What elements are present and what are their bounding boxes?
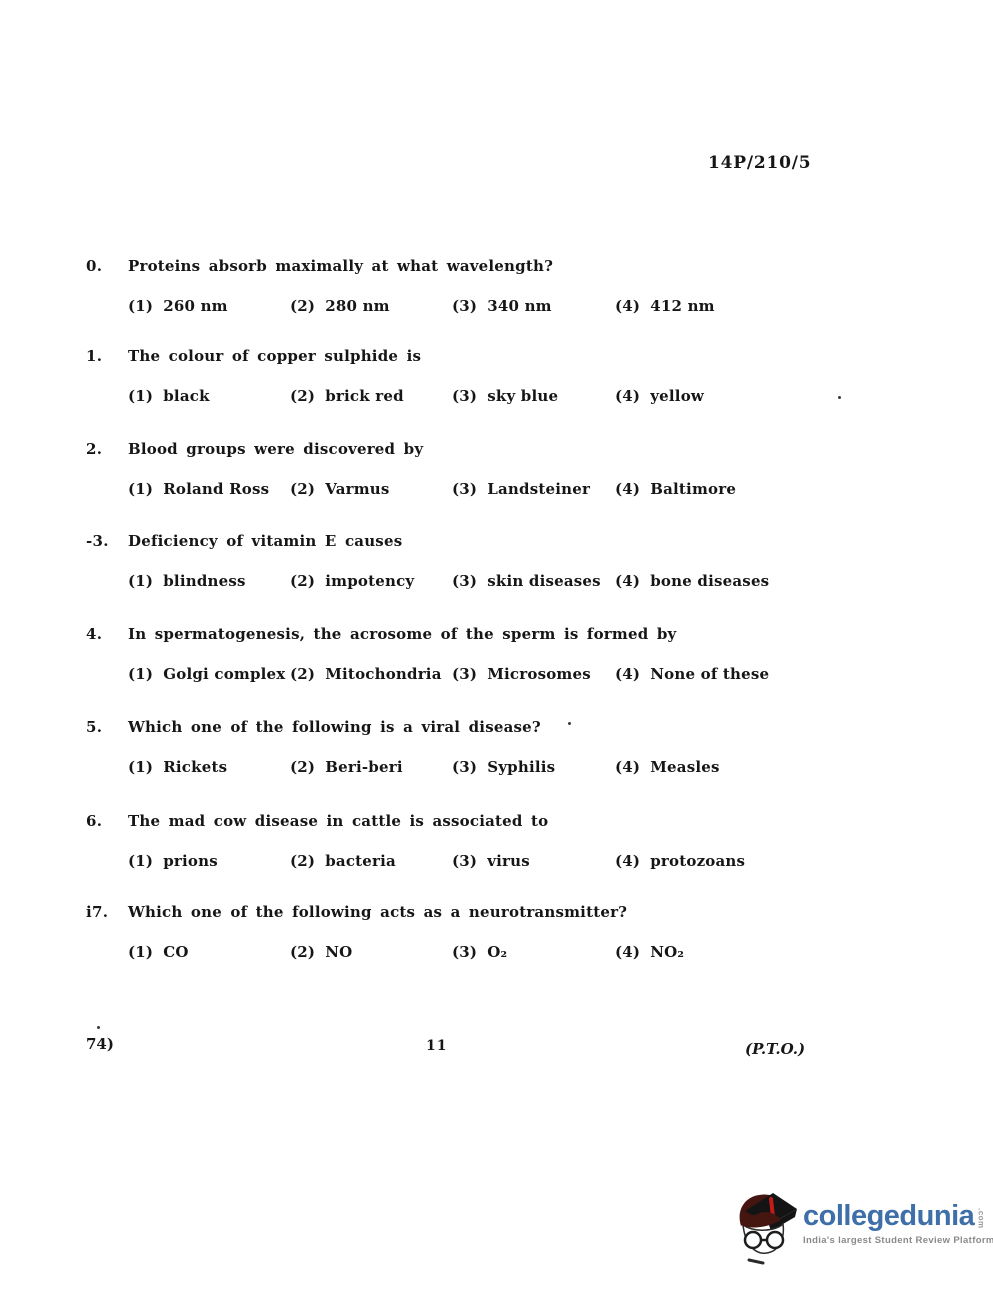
question-text: In spermatogenesis, the acrosome of the … <box>128 625 676 643</box>
option-1: (1)black <box>128 387 210 405</box>
option-label: Golgi complex <box>163 665 285 683</box>
option-marker: (4) <box>615 758 640 776</box>
question-number: 6. <box>86 812 124 830</box>
option-label: Baltimore <box>650 480 736 498</box>
option-1: (1)260 nm <box>128 297 228 315</box>
option-marker: (2) <box>290 758 315 776</box>
option-marker: (4) <box>615 480 640 498</box>
option-label: CO <box>163 943 188 961</box>
option-marker: (1) <box>128 480 153 498</box>
question-number: -3. <box>86 532 124 550</box>
option-label: O₂ <box>487 943 507 961</box>
option-label: 280 nm <box>325 297 390 315</box>
option-1: (1)Roland Ross <box>128 480 269 498</box>
option-label: Landsteiner <box>487 480 590 498</box>
question-block-0: 0. Proteins absorb maximally at what wav… <box>0 257 993 327</box>
footer-continuation-mark: 74) <box>86 1035 114 1053</box>
option-label: 412 nm <box>650 297 715 315</box>
option-label: Syphilis <box>487 758 555 776</box>
option-marker: (4) <box>615 297 640 315</box>
option-3: (3)Microsomes <box>452 665 591 683</box>
option-label: sky blue <box>487 387 558 405</box>
option-label: bacteria <box>325 852 396 870</box>
exam-paper-page: 14P/210/5 0. Proteins absorb maximally a… <box>0 0 993 1303</box>
option-1: (1)blindness <box>128 572 246 590</box>
option-marker: (4) <box>615 665 640 683</box>
option-1: (1)CO <box>128 943 189 961</box>
option-marker: (1) <box>128 387 153 405</box>
scan-artifact-dot <box>838 396 841 399</box>
option-label: prions <box>163 852 218 870</box>
option-label: NO₂ <box>650 943 684 961</box>
option-3: (3)340 nm <box>452 297 552 315</box>
option-3: (3)virus <box>452 852 530 870</box>
question-text: Which one of the following is a viral di… <box>128 718 541 736</box>
option-2: (2)Beri-beri <box>290 758 403 776</box>
option-label: Roland Ross <box>163 480 269 498</box>
question-number: 5. <box>86 718 124 736</box>
option-marker: (3) <box>452 665 477 683</box>
option-3: (3)O₂ <box>452 943 507 961</box>
question-block-4: 4. In spermatogenesis, the acrosome of t… <box>0 625 993 695</box>
option-label: NO <box>325 943 352 961</box>
option-label: Measles <box>650 758 719 776</box>
question-number: 2. <box>86 440 124 458</box>
option-label: bone diseases <box>650 572 769 590</box>
option-2: (2)bacteria <box>290 852 396 870</box>
option-marker: (3) <box>452 387 477 405</box>
option-label: impotency <box>325 572 414 590</box>
question-text: Proteins absorb maximally at what wavele… <box>128 257 553 275</box>
question-text: Blood groups were discovered by <box>128 440 423 458</box>
option-label: Varmus <box>325 480 389 498</box>
option-2: (2)impotency <box>290 572 414 590</box>
option-marker: (2) <box>290 480 315 498</box>
question-text: Which one of the following acts as a neu… <box>128 903 627 921</box>
option-4: (4)Measles <box>615 758 720 776</box>
option-marker: (2) <box>290 387 315 405</box>
option-2: (2)280 nm <box>290 297 390 315</box>
option-marker: (1) <box>128 297 153 315</box>
option-marker: (1) <box>128 943 153 961</box>
collegedunia-mascot-icon <box>735 1190 799 1266</box>
pto-label: (P.T.O.) <box>745 1040 805 1058</box>
question-number: i7. <box>86 903 124 921</box>
option-label: protozoans <box>650 852 745 870</box>
option-marker: (1) <box>128 852 153 870</box>
option-2: (2)Varmus <box>290 480 390 498</box>
question-text: Deficiency of vitamin E causes <box>128 532 402 550</box>
brand-tld: .com <box>976 1208 984 1229</box>
option-3: (3)Syphilis <box>452 758 555 776</box>
option-marker: (1) <box>128 758 153 776</box>
option-marker: (1) <box>128 665 153 683</box>
option-marker: (3) <box>452 297 477 315</box>
option-2: (2)NO <box>290 943 352 961</box>
option-label: None of these <box>650 665 769 683</box>
option-label: 340 nm <box>487 297 552 315</box>
option-marker: (3) <box>452 852 477 870</box>
option-label: yellow <box>650 387 704 405</box>
question-block-2: 2. Blood groups were discovered by (1)Ro… <box>0 440 993 510</box>
option-4: (4)412 nm <box>615 297 715 315</box>
option-2: (2)brick red <box>290 387 404 405</box>
option-marker: (3) <box>452 758 477 776</box>
question-number: 1. <box>86 347 124 365</box>
question-block-6: 6. The mad cow disease in cattle is asso… <box>0 812 993 882</box>
question-text: The mad cow disease in cattle is associa… <box>128 812 548 830</box>
option-label: Rickets <box>163 758 227 776</box>
page-number: 11 <box>426 1038 447 1054</box>
option-1: (1)Rickets <box>128 758 227 776</box>
option-marker: (3) <box>452 943 477 961</box>
option-label: Beri-beri <box>325 758 402 776</box>
option-label: Microsomes <box>487 665 591 683</box>
option-1: (1)prions <box>128 852 218 870</box>
scan-artifact-dot <box>97 1026 100 1029</box>
option-label: virus <box>487 852 530 870</box>
brand-tagline: India's largest Student Review Platform <box>803 1235 993 1246</box>
option-marker: (4) <box>615 852 640 870</box>
option-2: (2)Mitochondria <box>290 665 442 683</box>
option-marker: (3) <box>452 480 477 498</box>
question-block-1: 1. The colour of copper sulphide is (1)b… <box>0 347 993 417</box>
option-marker: (2) <box>290 943 315 961</box>
option-4: (4)Baltimore <box>615 480 736 498</box>
option-label: black <box>163 387 209 405</box>
option-label: blindness <box>163 572 245 590</box>
option-marker: (2) <box>290 297 315 315</box>
option-marker: (3) <box>452 572 477 590</box>
brand-name: collegedunia <box>803 1202 974 1231</box>
logo-text: collegedunia .com India's largest Studen… <box>803 1188 993 1246</box>
option-marker: (4) <box>615 943 640 961</box>
option-marker: (4) <box>615 387 640 405</box>
question-number: 4. <box>86 625 124 643</box>
option-1: (1)Golgi complex <box>128 665 285 683</box>
paper-code: 14P/210/5 <box>708 153 811 173</box>
option-3: (3)skin diseases <box>452 572 601 590</box>
option-4: (4)None of these <box>615 665 769 683</box>
option-4: (4)NO₂ <box>615 943 684 961</box>
option-marker: (2) <box>290 665 315 683</box>
collegedunia-logo: collegedunia .com India's largest Studen… <box>735 1188 975 1266</box>
question-block-7: i7. Which one of the following acts as a… <box>0 903 993 973</box>
scan-artifact-dot <box>568 722 571 725</box>
option-3: (3)Landsteiner <box>452 480 590 498</box>
question-number: 0. <box>86 257 124 275</box>
option-marker: (4) <box>615 572 640 590</box>
question-block-3: -3. Deficiency of vitamin E causes (1)bl… <box>0 532 993 602</box>
option-4: (4)protozoans <box>615 852 745 870</box>
question-block-5: 5. Which one of the following is a viral… <box>0 718 993 788</box>
option-4: (4)bone diseases <box>615 572 769 590</box>
option-label: Mitochondria <box>325 665 441 683</box>
option-label: skin diseases <box>487 572 601 590</box>
question-text: The colour of copper sulphide is <box>128 347 421 365</box>
option-label: brick red <box>325 387 404 405</box>
option-marker: (1) <box>128 572 153 590</box>
option-marker: (2) <box>290 852 315 870</box>
option-label: 260 nm <box>163 297 228 315</box>
option-4: (4)yellow <box>615 387 704 405</box>
option-3: (3)sky blue <box>452 387 558 405</box>
option-marker: (2) <box>290 572 315 590</box>
